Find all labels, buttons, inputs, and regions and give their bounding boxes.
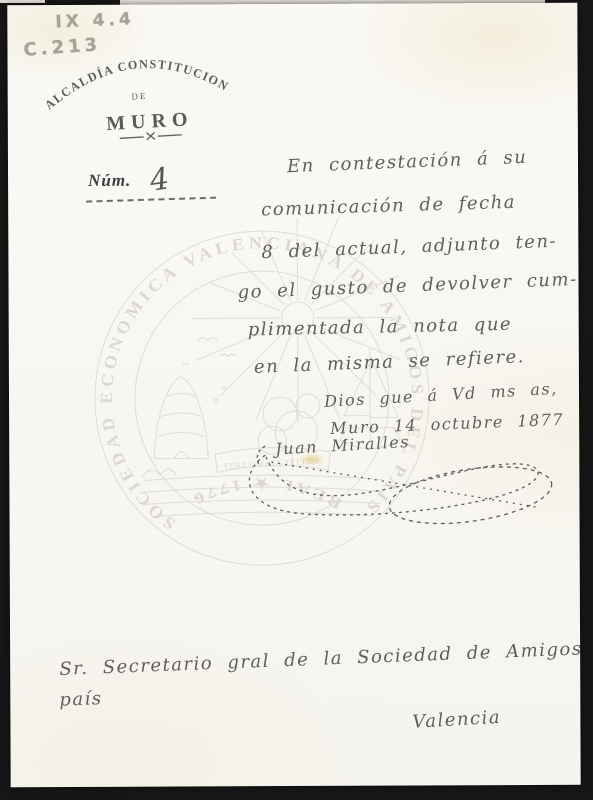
svg-text:ALCALDÍA CONSTITUCIONAL: ALCALDÍA CONSTITUCIONAL <box>33 40 233 113</box>
document-paper: IX 4.4 C.213 ALCALDÍA CONSTITUCIONAL DE … <box>7 3 580 787</box>
number-field-label: Núm. <box>88 171 131 191</box>
ink-stain <box>297 453 325 466</box>
handwritten-line: En contestación á su <box>287 147 528 177</box>
addressee-line: Sr. Secretario gral de la Sociedad de Am… <box>59 637 593 680</box>
addressee-line: país <box>59 688 103 711</box>
scanner-edge-strip-left <box>0 0 45 3</box>
stamp-arc-text: ALCALDÍA CONSTITUCIONAL <box>33 40 233 113</box>
stamp-de-text: DE <box>131 91 148 102</box>
stamp-town-text: MURO <box>106 108 194 135</box>
handwritten-line: plimentada la nota que <box>248 314 513 341</box>
handwritten-line: comunicación de fecha <box>261 192 516 221</box>
number-field-line <box>86 197 216 203</box>
destination-place: Valencia <box>412 707 502 733</box>
seal-birds <box>182 338 236 366</box>
signature-flourish <box>235 429 555 545</box>
scanned-document: { "palette": { "scan_background": "#1616… <box>0 0 593 800</box>
municipal-letterhead-stamp: ALCALDÍA CONSTITUCIONAL DE MURO <box>33 40 265 163</box>
number-field-value: 4 <box>148 161 172 198</box>
archival-code-annotation: IX 4.4 <box>55 9 135 32</box>
seal-beehive <box>154 376 226 458</box>
